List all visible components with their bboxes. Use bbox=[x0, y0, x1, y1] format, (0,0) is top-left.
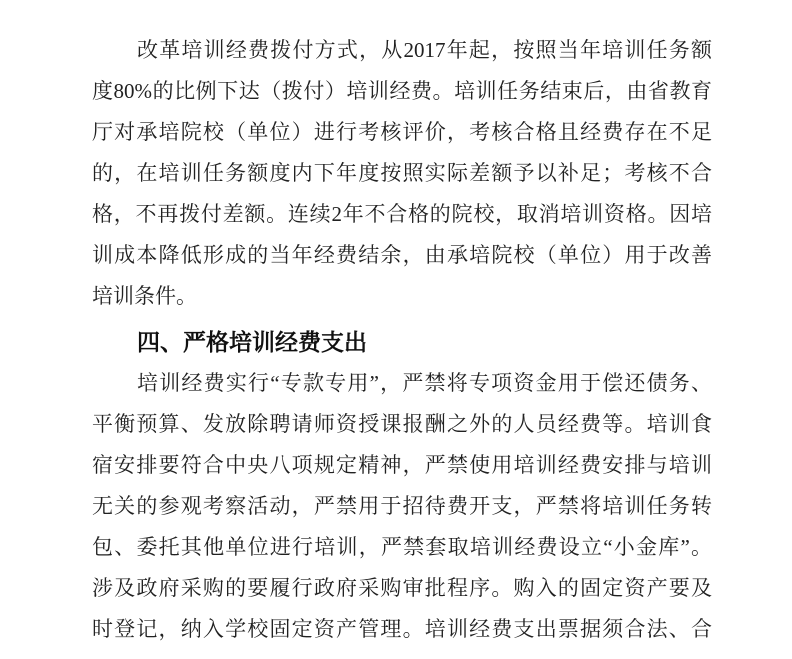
paragraph1-line7: 培训条件。 bbox=[92, 276, 712, 317]
paragraph2-line2: 平衡预算、发放除聘请师资授课报酬之外的人员经费等。培训食 bbox=[92, 404, 712, 445]
paragraph1-line3: 厅对承培院校（单位）进行考核评价，考核合格且经费存在不足 bbox=[92, 112, 712, 153]
paragraph1-line4: 的，在培训任务额度内下年度按照实际差额予以补足；考核不合 bbox=[92, 153, 712, 194]
paragraph2-line4: 无关的参观考察活动，严禁用于招待费开支，严禁将培训任务转 bbox=[92, 486, 712, 527]
paragraph2-line1: 培训经费实行“专款专用”，严禁将专项资金用于偿还债务、 bbox=[92, 363, 712, 404]
paragraph1-line2: 度80%的比例下达（拨付）培训经费。培训任务结束后，由省教育 bbox=[92, 71, 712, 112]
paragraph1-line1: 改革培训经费拨付方式，从2017年起，按照当年培训任务额 bbox=[92, 30, 712, 71]
paragraph1-line6: 训成本降低形成的当年经费结余，由承培院校（单位）用于改善 bbox=[92, 235, 712, 276]
document-page: 改革培训经费拨付方式，从2017年起，按照当年培训任务额 度80%的比例下达（拨… bbox=[0, 0, 792, 659]
paragraph2-line5: 包、委托其他单位进行培训，严禁套取培训经费设立“小金库”。 bbox=[92, 527, 712, 568]
paragraph2-line6: 涉及政府采购的要履行政府采购审批程序。购入的固定资产要及 bbox=[92, 568, 712, 609]
paragraph2-line7: 时登记，纳入学校固定资产管理。培训经费支出票据须合法、合 bbox=[92, 609, 712, 650]
paragraph1-line5: 格，不再拨付差额。连续2年不合格的院校，取消培训资格。因培 bbox=[92, 194, 712, 235]
paragraph2-line3: 宿安排要符合中央八项规定精神，严禁使用培训经费安排与培训 bbox=[92, 445, 712, 486]
section-heading: 四、严格培训经费支出 bbox=[92, 322, 712, 363]
